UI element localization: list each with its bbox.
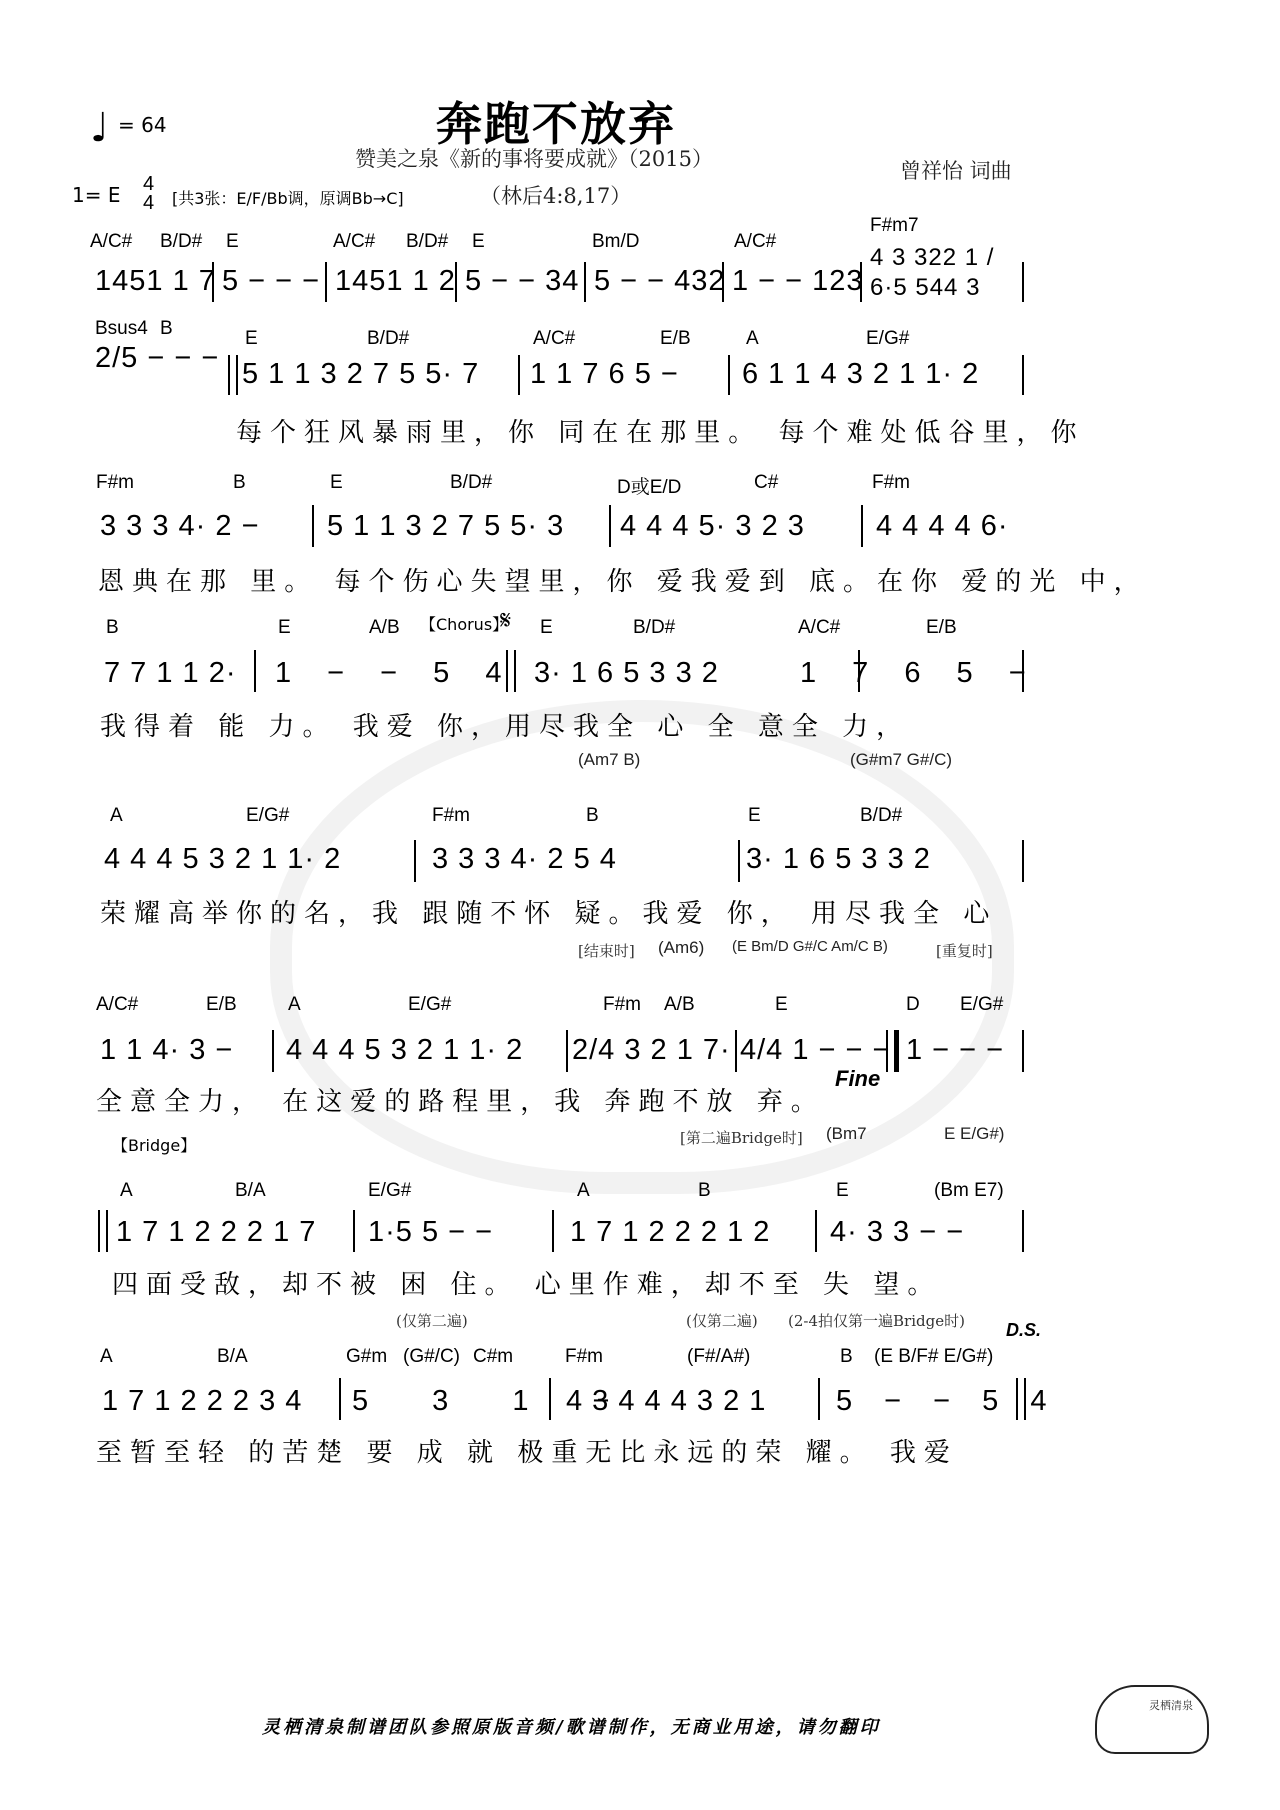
chord: A/C# [533,328,575,350]
measure-notes: 1 − − 123 [732,265,864,298]
annotation: (2-4拍仅第一遍Bridge时) [788,1310,965,1331]
barline [735,1030,737,1072]
barline [272,1030,274,1072]
lyrics-line: 全意全力， 在这爱的路程里，我 奔跑不放 弃。 [96,1081,825,1118]
measure-notes: 1·5 5 − − [368,1216,493,1249]
chord: (F#/A#) [687,1346,750,1368]
measure-notes: 1 − − 5 4 [275,657,516,690]
barline [1022,1210,1024,1252]
chord: B/D# [406,231,448,253]
alt-chord: E E/G#) [944,1124,1004,1144]
segno-icon: 𝄋 [500,606,511,637]
measure-notes: 3· 1 6 5 3 3 2 [746,843,931,876]
measure-notes: 1 7 1 2 2 2 1 7 [116,1216,316,1249]
chord: F#m7 [870,215,919,237]
measure-notes: 4 4 4 5 3 2 1 1· 2 [286,1034,523,1067]
footer-credit: 灵栖清泉制谱团队参照原版音频/歌谱制作，无商业用途，请勿翻印 [262,1713,881,1739]
annotation: [结束时] [578,940,635,961]
barline [1022,650,1024,692]
chord: B [106,617,119,639]
chord: B/D# [367,328,409,350]
chord: A [288,994,301,1016]
measure-notes: 4· 3 3 − − [830,1216,964,1249]
chord: F#m [96,472,134,494]
chord: F#m [872,472,910,494]
chord: D [906,994,920,1016]
chord: E/B [926,617,957,639]
alt-chord: (E Bm/D G#/C Am/C B) [732,938,888,955]
chord: E [836,1180,849,1202]
barline [339,1378,341,1420]
chord: (G#/C) [403,1346,460,1368]
barline [738,840,740,882]
barline [312,505,314,547]
barline [254,650,256,692]
chord: B [840,1346,853,1368]
chord: C# [754,472,778,494]
measure-notes: 3· 1 6 5 3 3 2 [534,657,719,690]
measure-notes: 1 7 1 2 2 2 3 4 [102,1385,302,1418]
measure-notes: 2/5 − − − [95,343,225,373]
chord: E [748,805,761,827]
chord: C#m [473,1346,513,1368]
section-label-chorus: 【Chorus】 [420,612,508,635]
alt-chord: (Am7 B) [578,750,640,770]
barline [552,1210,554,1252]
chord: A/B [369,617,400,639]
chord: F#m [432,805,470,827]
lyrics-line: 四面受敌，却不被 困 住。 心里作难，却不至 失 望。 [112,1264,941,1301]
barline [212,262,214,302]
measure-notes: 5 − − 34 [465,265,579,298]
scripture-ref: （林后4:8,17） [480,180,631,210]
barline [566,1030,568,1072]
measure-notes: 1451 1 2 [335,265,456,298]
fine-barline [886,1030,899,1072]
chord: B/A [217,1346,248,1368]
measure-notes: 1 7 1 2 2 2 1 2 [570,1216,770,1249]
logo-text: 灵栖清泉 [1149,1697,1193,1713]
lyrics-line: 恩典在那 里。 每个伤心失望里，你 爱我爱到 底。在你 爱的光 中， [98,561,1148,598]
barline [1022,262,1024,302]
chord: E/G# [408,994,451,1016]
chord: E [245,328,258,350]
lyrics-line: 我得着 能 力。 我爱 你，用尽我全 心 全 意全 力， [100,706,910,743]
barline [518,355,520,395]
measure-notes: 3 3 3 4· 2 − [100,510,260,543]
measure-notes: 1 1 4· 3 − [100,1034,233,1067]
chord: B [233,472,246,494]
measure-notes: 5 1 1 3 2 7 5 5· 3 [327,510,564,543]
measure-notes: 1 1 7 6 5 − [530,358,679,391]
chord: D或E/D [617,472,681,499]
barline [455,262,457,302]
annotation: [第二遍Bridge时] [680,1127,803,1148]
lyrics-line: 至暂至轻 的苦楚 要 成 就 极重无比永远的荣 耀。 我爱 [96,1432,958,1469]
chord: A [110,805,123,827]
measure-notes: 5 − − 432 [594,265,726,298]
measure-notes: 7 7 1 1 2· [104,657,237,690]
chord: A/C# [90,231,132,253]
chord: E/G# [866,328,909,350]
album-info: 赞美之泉《新的事将要成就》（2015） [355,143,713,173]
alt-chord: (Bm7 [826,1124,867,1144]
chord: A/C# [96,994,138,1016]
chord: E [330,472,343,494]
barline [818,1378,820,1420]
chord: A/B [664,994,695,1016]
measure-notes: 6 1 1 4 3 2 1 1· 2 [742,358,979,391]
chord: E [775,994,788,1016]
annotation: (仅第二遍) [396,1310,468,1331]
chord: E/G# [960,994,1003,1016]
tempo: = 64 [118,113,167,137]
chord: Bm/D [592,231,640,253]
chord: E [540,617,553,639]
chord: E/B [660,328,691,350]
chord: B/A [235,1180,266,1202]
author-credit: 曾祥怡 词曲 [900,155,1012,185]
watermark-sheep [270,700,1014,1194]
alt-chord: (Am6) [658,938,704,958]
chord: (E B/F# E/G#) [874,1346,993,1368]
chord: E/G# [368,1180,411,1202]
barline [861,505,863,547]
section-label-bridge: 【Bridge】 [112,1133,196,1156]
chord: B [698,1180,711,1202]
barline [815,1210,817,1252]
chord: A [577,1180,590,1202]
fine-marking: Fine [835,1066,880,1092]
double-barline [98,1210,108,1252]
chord: B/D# [633,617,675,639]
barline [722,262,724,302]
chord: B [586,805,599,827]
chord: B/D# [860,805,902,827]
barline [609,505,611,547]
double-barline [1016,1378,1026,1420]
lyrics-line: 每个狂风暴雨里，你 同在在那里。 每个难处低谷里，你 [236,412,1085,449]
chord: B/D# [450,472,492,494]
measure-notes: 1 − − − [906,1034,1004,1067]
measure-notes: 5 − − − [222,265,320,298]
annotation: [重复时] [936,940,993,961]
barline [414,840,416,882]
barline [325,262,327,302]
measure-notes: 4 3 322 1 / 6·5 544 3 [870,243,1020,303]
chord: A [100,1346,113,1368]
chord: Bsus4 [95,318,148,340]
measure-notes: 1 7 6 5 − [800,657,1040,690]
alt-chord: (G#m7 G#/C) [850,750,952,770]
chord: G#m [346,1346,387,1368]
ds-marking: D.S. [1006,1320,1041,1341]
chord: F#m [603,994,641,1016]
barline [353,1210,355,1252]
chord: F#m [565,1346,603,1368]
barline [1022,355,1024,395]
chord: E/G# [246,805,289,827]
barline [728,355,730,395]
measure-notes: 4 4 4 5· 3 2 3 [620,510,805,543]
double-barline [228,355,238,395]
annotation: (仅第二遍) [686,1310,758,1331]
time-signature: 44 [143,175,154,212]
measure-notes: 3 3 3 4· 2 5 4 [432,843,617,876]
barline [1022,840,1024,882]
barline [1022,1030,1024,1072]
chord: E [278,617,291,639]
quarter-note-icon: ♩ [90,108,109,148]
lyrics-line: 荣耀高举你的名，我 跟随不怀 疑。我爱 你， 用尽我全 心 [100,893,997,930]
measure-notes: 2/4 3 2 1 7· [572,1034,731,1067]
measure-notes: 4 4 4 4 6· [876,510,1009,543]
measure-notes: 4/4 1 − − − [740,1034,890,1067]
chord: A [120,1180,133,1202]
chord: E/B [206,994,237,1016]
chord: E [226,231,239,253]
chord: (Bm E7) [934,1180,1004,1202]
measure-notes: 1451 1 7 [95,265,216,298]
chord: B/D# [160,231,202,253]
sheep-logo-icon: 灵栖清泉 [1095,1685,1209,1754]
measure-notes: 5 1 1 3 2 7 5 5· 7 [242,358,479,391]
chord: A/C# [333,231,375,253]
measure-notes: 4 4 4 5 3 2 1 1· 2 [104,843,341,876]
double-barline [506,650,516,692]
key-signature: 1= E [72,183,120,207]
chord: E [472,231,485,253]
chord: A/C# [734,231,776,253]
chord: A/C# [798,617,840,639]
chord: B [160,318,173,340]
chord: A [746,328,759,350]
key-note: [共3张：E/F/Bb调，原调Bb→C] [172,186,404,209]
barline [860,262,862,302]
barline [549,1378,551,1420]
measure-notes: 4 3 4 4 4 3 2 1 [566,1385,766,1418]
barline [584,262,586,302]
